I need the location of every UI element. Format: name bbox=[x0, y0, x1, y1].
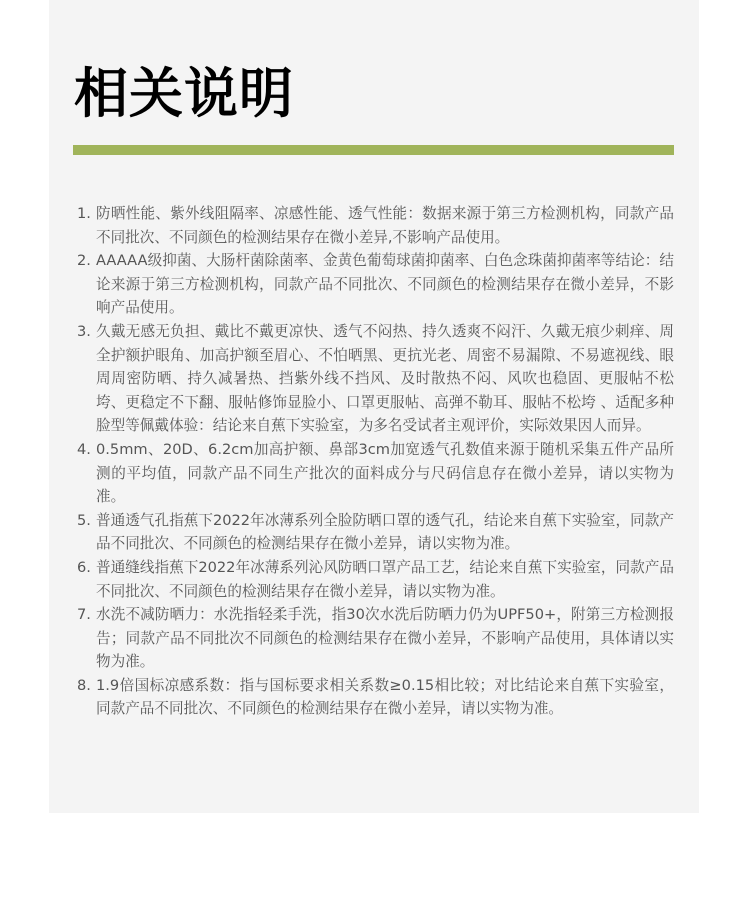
note-number: 6. bbox=[77, 556, 91, 580]
note-item-4: 4. 0.5mm、20D、6.2cm加高护额、鼻部3cm加宽透气孔数值来源于随机… bbox=[77, 438, 674, 509]
notes-list: 1. 防晒性能、紫外线阻隔率、凉感性能、透气性能：数据来源于第三方检测机构，同款… bbox=[77, 202, 674, 721]
note-item-5: 5. 普通透气孔指蕉下2022年冰薄系列全脸防晒口罩的透气孔，结论来自蕉下实验室… bbox=[77, 509, 674, 556]
note-text: 久戴无感无负担、戴比不戴更凉快、透气不闷热、持久透爽不闷汗、久戴无痕少刺痒、周全… bbox=[96, 320, 674, 438]
note-text: 防晒性能、紫外线阻隔率、凉感性能、透气性能：数据来源于第三方检测机构，同款产品不… bbox=[96, 202, 674, 249]
note-item-2: 2. AAAAA级抑菌、大肠杆菌除菌率、金黄色葡萄球菌抑菌率、白色念珠菌抑菌率等… bbox=[77, 249, 674, 320]
note-number: 8. bbox=[77, 674, 91, 698]
note-item-8: 8. 1.9倍国标凉感系数：指与国标要求相关系数≥0.15相比较；对比结论来自蕉… bbox=[77, 674, 674, 721]
note-item-7: 7. 水洗不减防晒力：水洗指轻柔手洗，指30次水洗后防晒力仍为UPF50+，附第… bbox=[77, 603, 674, 674]
note-number: 2. bbox=[77, 249, 91, 273]
note-number: 7. bbox=[77, 603, 91, 627]
note-text: 普通缝线指蕉下2022年冰薄系列沁风防晒口罩产品工艺，结论来自蕉下实验室，同款产… bbox=[96, 556, 674, 603]
note-number: 4. bbox=[77, 438, 91, 462]
note-text: 普通透气孔指蕉下2022年冰薄系列全脸防晒口罩的透气孔，结论来自蕉下实验室，同款… bbox=[96, 509, 674, 556]
note-text: 水洗不减防晒力：水洗指轻柔手洗，指30次水洗后防晒力仍为UPF50+，附第三方检… bbox=[96, 603, 674, 674]
note-item-1: 1. 防晒性能、紫外线阻隔率、凉感性能、透气性能：数据来源于第三方检测机构，同款… bbox=[77, 202, 674, 249]
note-text: 0.5mm、20D、6.2cm加高护额、鼻部3cm加宽透气孔数值来源于随机采集五… bbox=[96, 438, 674, 509]
note-text: 1.9倍国标凉感系数：指与国标要求相关系数≥0.15相比较；对比结论来自蕉下实验… bbox=[96, 674, 674, 721]
note-number: 5. bbox=[77, 509, 91, 533]
note-item-6: 6. 普通缝线指蕉下2022年冰薄系列沁风防晒口罩产品工艺，结论来自蕉下实验室，… bbox=[77, 556, 674, 603]
note-item-3: 3. 久戴无感无负担、戴比不戴更凉快、透气不闷热、持久透爽不闷汗、久戴无痕少刺痒… bbox=[77, 320, 674, 438]
section-title: 相关说明 bbox=[74, 58, 294, 130]
note-number: 3. bbox=[77, 320, 91, 344]
note-text: AAAAA级抑菌、大肠杆菌除菌率、金黄色葡萄球菌抑菌率、白色念珠菌抑菌率等结论：… bbox=[96, 249, 674, 320]
note-number: 1. bbox=[77, 202, 91, 226]
title-accent-bar bbox=[73, 145, 674, 155]
